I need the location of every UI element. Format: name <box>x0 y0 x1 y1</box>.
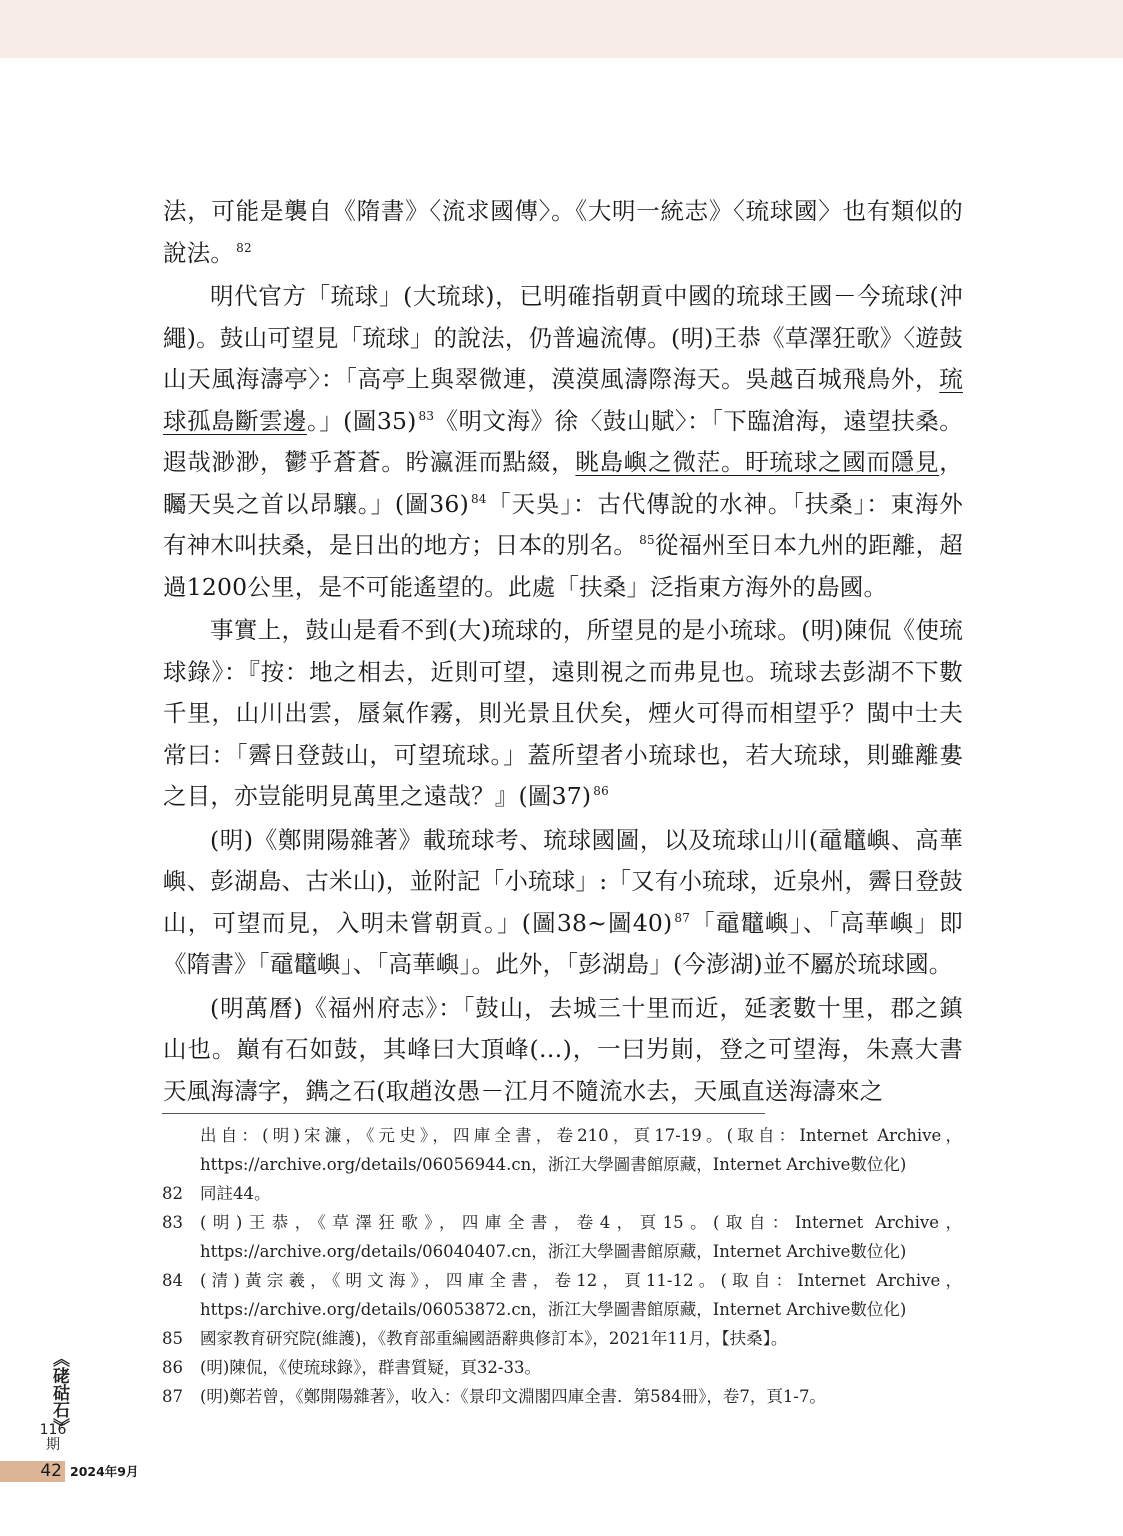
paragraph-2: 明代官方「琉球」(大琉球)，已明確指朝貢中國的琉球王國－今琉球(沖繩)。鼓山可望… <box>163 276 963 608</box>
article-body: 法，可能是襲自《隋書》〈流求國傳〉。《大明一統志》〈琉球國〉也有類似的說法。82… <box>163 191 963 1112</box>
footnote-item: 出自：(明)宋濂，《元史》，四庫全書，卷210，頁17-19。(取自：Inter… <box>162 1121 962 1179</box>
footnote-text: (明)鄭若曾，《鄭開陽雜著》，收入：《景印文淵閣四庫全書．第584冊》，卷7，頁… <box>200 1382 962 1411</box>
footnote-number: 87 <box>162 1382 200 1411</box>
footnote-text: 國家教育研究院(維護)，《教育部重編國語辭典修訂本》，2021年11月，【扶桑】… <box>200 1324 962 1353</box>
header-band <box>0 0 1123 58</box>
footnote-ref[interactable]: 83 <box>419 409 435 423</box>
footnote-ref[interactable]: 84 <box>471 492 487 506</box>
footnote-item: 85國家教育研究院(維護)，《教育部重編國語辭典修訂本》，2021年11月，【扶… <box>162 1324 962 1353</box>
issue-number: 116 <box>36 1423 70 1438</box>
paragraph-text: 事實上，鼓山是看不到(大)琉球的，所望見的是小琉球。(明)陳侃《使琉球錄》：『按… <box>163 616 963 810</box>
footnote-item: 83(明)王恭，《草澤狂歌》，四庫全書，卷4，頁15。(取自：Internet … <box>162 1208 962 1266</box>
page-number: 42 <box>0 1461 65 1482</box>
footnote-text: (明)王恭，《草澤狂歌》，四庫全書，卷4，頁15。(取自：Internet Ar… <box>200 1208 962 1266</box>
paragraph-3: 事實上，鼓山是看不到(大)琉球的，所望見的是小琉球。(明)陳侃《使琉球錄》：『按… <box>163 610 963 818</box>
paragraph-text: 。」(圖35) <box>307 407 417 435</box>
paragraph-text: 明代官方「琉球」(大琉球)，已明確指朝貢中國的琉球王國－今琉球(沖繩)。鼓山可望… <box>163 282 963 393</box>
issue-label: 116 期 <box>36 1423 70 1453</box>
publication-date: 2024年9月 <box>70 1464 139 1480</box>
footnote-ref[interactable]: 85 <box>639 533 655 547</box>
footnote-item: 86(明)陳侃，《使琉球錄》，群書質疑，頁32-33。 <box>162 1353 962 1382</box>
footnote-text: (明)陳侃，《使琉球錄》，群書質疑，頁32-33。 <box>200 1353 962 1382</box>
footnote-item: 82同註44。 <box>162 1179 962 1208</box>
issue-suffix: 期 <box>36 1438 70 1453</box>
paragraph-5: (明萬曆)《福州府志》：「鼓山，去城三十里而近，延袤數十里，郡之鎮山也。巔有石如… <box>163 988 963 1113</box>
footnotes: 出自：(明)宋濂，《元史》，四庫全書，卷210，頁17-19。(取自：Inter… <box>162 1121 962 1411</box>
footnote-number: 82 <box>162 1179 200 1208</box>
footnote-text: (清)黃宗羲，《明文海》，四庫全書，卷12，頁11-12。(取自：Interne… <box>200 1266 962 1324</box>
footnote-number: 86 <box>162 1353 200 1382</box>
footnote-number: 85 <box>162 1324 200 1353</box>
footnote-item: 87(明)鄭若曾，《鄭開陽雜著》，收入：《景印文淵閣四庫全書．第584冊》，卷7… <box>162 1382 962 1411</box>
footnote-ref[interactable]: 86 <box>593 784 609 798</box>
paragraph-text: (明萬曆)《福州府志》：「鼓山，去城三十里而近，延袤數十里，郡之鎮山也。巔有石如… <box>163 994 963 1105</box>
paragraph-1: 法，可能是襲自《隋書》〈流求國傳〉。《大明一統志》〈琉球國〉也有類似的說法。82 <box>163 191 963 274</box>
footnote-number: 83 <box>162 1208 200 1266</box>
footnote-number: 84 <box>162 1266 200 1324</box>
footnote-text: 出自：(明)宋濂，《元史》，四庫全書，卷210，頁17-19。(取自：Inter… <box>200 1121 962 1179</box>
paragraph-4: (明)《鄭開陽雜著》載琉球考、琉球國圖，以及琉球山川(黿鼊嶼、高華嶼、彭湖島、古… <box>163 820 963 986</box>
underlined-quote: 眺島嶼之微茫。盱琉球之國而隱見 <box>575 448 939 476</box>
footnote-text: 同註44。 <box>200 1179 962 1208</box>
footnote-divider <box>162 1113 765 1114</box>
paragraph-text: 法，可能是襲自《隋書》〈流求國傳〉。《大明一統志》〈琉球國〉也有類似的說法。 <box>163 197 963 267</box>
footnote-item: 84(清)黃宗羲，《明文海》，四庫全書，卷12，頁11-12。(取自：Inter… <box>162 1266 962 1324</box>
footnote-ref[interactable]: 82 <box>236 241 252 255</box>
footnote-ref[interactable]: 87 <box>674 911 690 925</box>
footnote-number <box>162 1121 200 1179</box>
